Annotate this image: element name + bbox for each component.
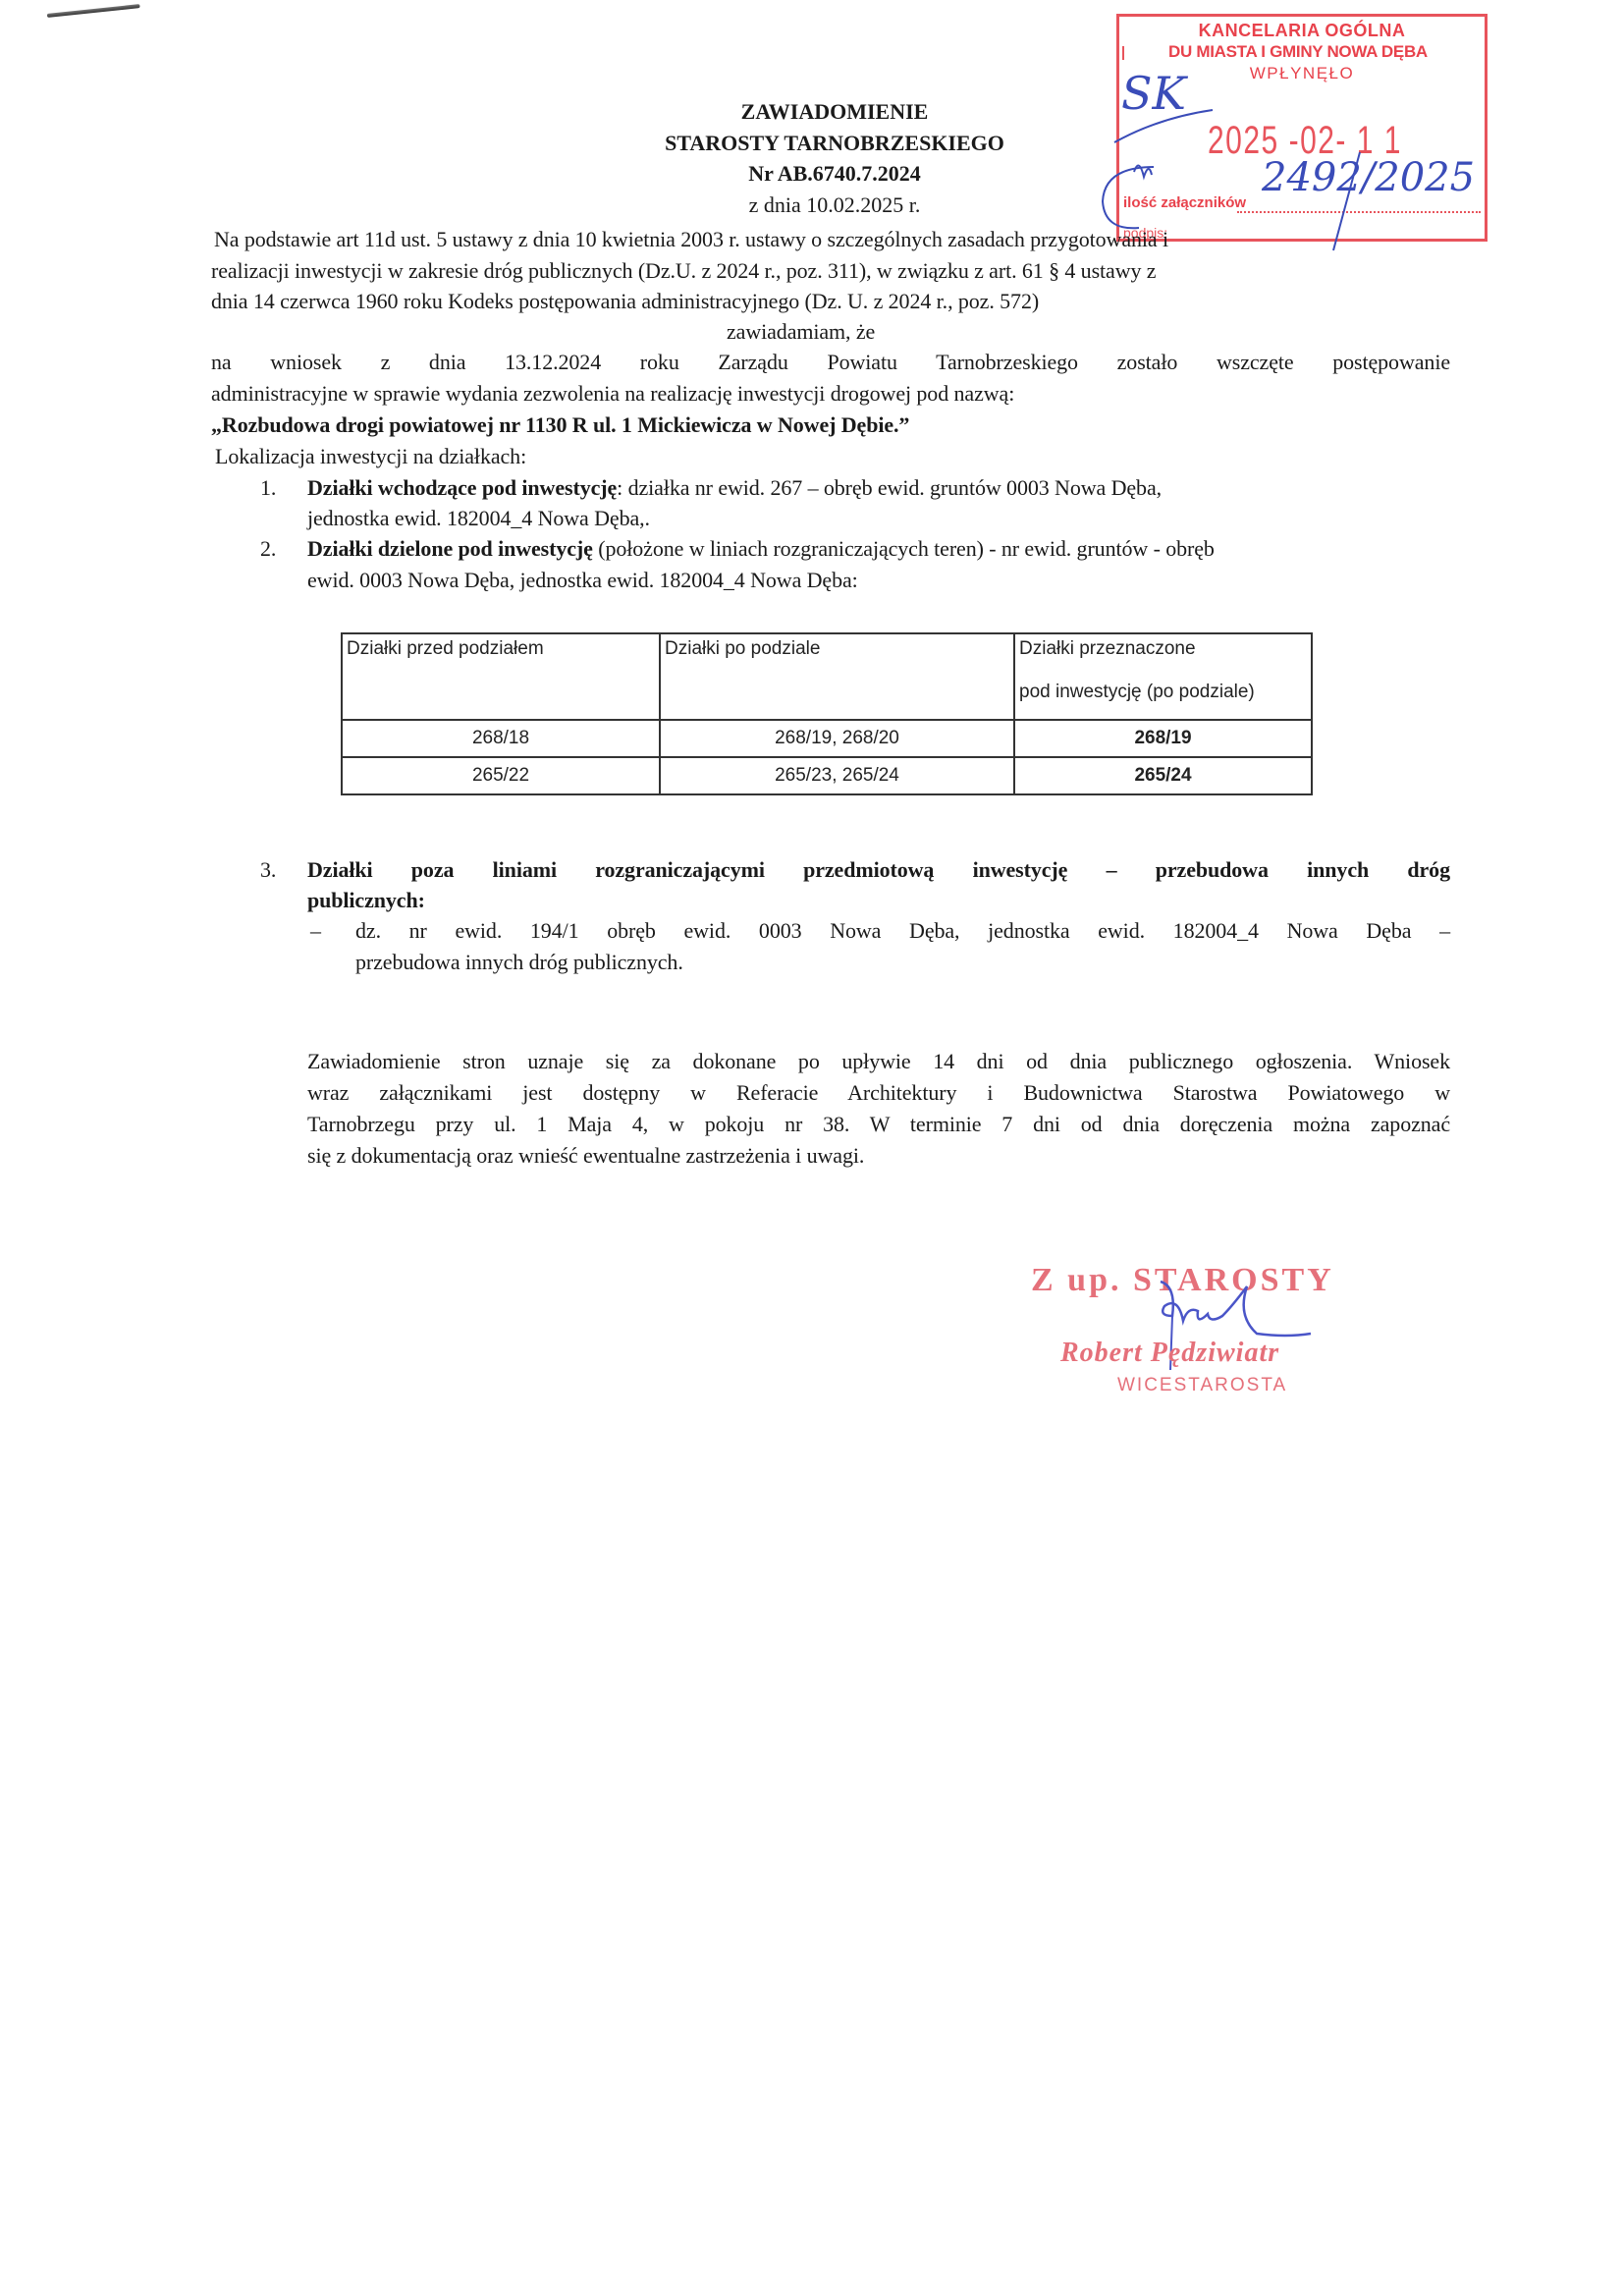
staple-mark (47, 4, 140, 18)
bullet-dash: – (310, 915, 321, 947)
item-3-detail-line2: przebudowa innych dróg publicznych. (355, 947, 683, 978)
item-number: 3. (260, 854, 276, 886)
table-cell: 268/19, 268/20 (660, 720, 1014, 757)
closing-line: Zawiadomienie stron uznaje się za dokona… (307, 1046, 1450, 1077)
document-page: ZAWIADOMIENIE STAROSTY TARNOBRZESKIEGO N… (0, 0, 1623, 2296)
item-3-detail: dz. nr ewid. 194/1 obręb ewid. 0003 Nowa… (355, 915, 1450, 947)
table-row: 265/22 265/23, 265/24 265/24 (342, 757, 1312, 794)
request-line: na wniosek z dnia 13.12.2024 roku Zarząd… (211, 347, 1450, 378)
table-header-cell: Działki po podziale (660, 633, 1014, 720)
closing-line: się z dokumentacją oraz wnieść ewentualn… (307, 1140, 864, 1172)
table-cell: 265/24 (1014, 757, 1312, 794)
signatory-title: WICESTAROSTA (1117, 1375, 1287, 1396)
notice-phrase: zawiadamiam, że (727, 316, 875, 348)
item-1-text: : działka nr ewid. 267 – obręb ewid. gru… (617, 475, 1162, 500)
plots-table: Działki przed podziałem Działki po podzi… (341, 632, 1313, 795)
project-name: „Rozbudowa drogi powiatowej nr 1130 R ul… (211, 410, 909, 441)
item-3-heading-line2: publicznych: (307, 885, 425, 916)
document-title: ZAWIADOMIENIE (530, 101, 1139, 123)
item-1-line2: jednostka ewid. 182004_4 Nowa Dęba,. (307, 503, 650, 534)
intro-line: dnia 14 czerwca 1960 roku Kodeks postępo… (211, 286, 1039, 317)
item-2-text: (położone w liniach rozgraniczających te… (593, 536, 1215, 561)
table-header-cell: Działki przed podziałem (342, 633, 660, 720)
table-cell: 265/22 (342, 757, 660, 794)
handwritten-underline (1109, 98, 1217, 147)
table-cell: 265/23, 265/24 (660, 757, 1014, 794)
item-1-heading: Działki wchodzące pod inwestycję (307, 475, 617, 500)
reference-number: Nr AB.6740.7.2024 (530, 163, 1139, 185)
item-2-line: Działki dzielone pod inwestycję (położon… (307, 533, 1215, 565)
item-3-heading: Działki poza liniami rozgraniczającymi p… (307, 854, 1450, 886)
stamp-corner-mark (1122, 46, 1136, 60)
item-1-line: Działki wchodzące pod inwestycję: działk… (307, 472, 1162, 504)
table-row: 268/18 268/19, 268/20 268/19 (342, 720, 1312, 757)
table-header-cell: Działki przeznaczone pod inwestycję (po … (1014, 633, 1312, 720)
document-date: z dnia 10.02.2025 r. (530, 194, 1139, 216)
table-cell: 268/18 (342, 720, 660, 757)
intro-line: Na podstawie art 11d ust. 5 ustawy z dni… (214, 224, 1168, 255)
closing-line: wraz załącznikami jest dostępny w Refera… (307, 1077, 1450, 1109)
item-2-line2: ewid. 0003 Nowa Dęba, jednostka ewid. 18… (307, 565, 858, 596)
handwritten-slash (1325, 147, 1365, 255)
item-number: 1. (260, 472, 276, 504)
item-2-heading: Działki dzielone pod inwestycję (307, 536, 593, 561)
request-line: administracyjne w sprawie wydania zezwol… (211, 378, 1014, 410)
table-header-row: Działki przed podziałem Działki po podzi… (342, 633, 1312, 720)
issuing-authority: STAROSTY TARNOBRZESKIEGO (530, 133, 1139, 154)
closing-line: Tarnobrzegu przy ul. 1 Maja 4, w pokoju … (307, 1109, 1450, 1140)
stamp-office-name: KANCELARIA OGÓLNA (1119, 21, 1485, 41)
location-label: Lokalizacja inwestycji na działkach: (215, 441, 526, 472)
table-cell: 268/19 (1014, 720, 1312, 757)
stamp-municipality: DU MIASTA I GMINY NOWA DĘBA (1168, 42, 1492, 62)
signatory-name: Robert Pędziwiatr (1060, 1338, 1279, 1369)
intro-line: realizacji inwestycji w zakresie dróg pu… (211, 255, 1156, 287)
handwritten-registry-number: 2492/2025 (1262, 155, 1475, 200)
item-number: 2. (260, 533, 276, 565)
